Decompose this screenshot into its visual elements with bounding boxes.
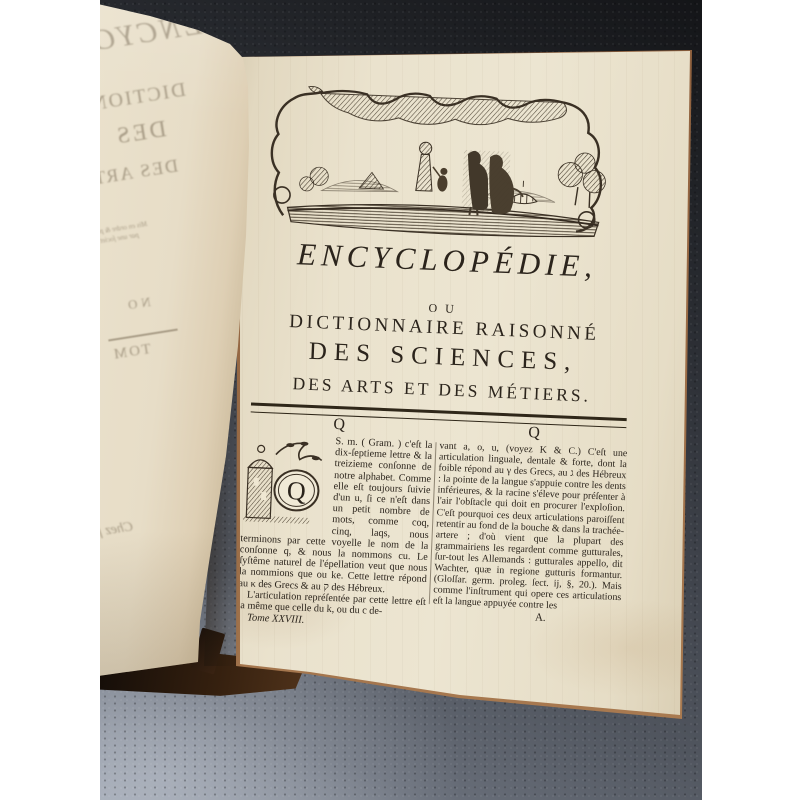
right-column-paragraph-1: vant a, o, u, (voyez K & C.) C'eſt une a… — [433, 440, 628, 611]
headpiece-engraving — [264, 81, 626, 248]
dropcap-woodcut: Q — [241, 433, 331, 527]
showthrough-des: DES — [112, 116, 168, 150]
showthrough-small-line-1: Mis en ordre & pu — [100, 220, 148, 236]
showthrough-rule — [108, 329, 177, 342]
showthrough-small-line-2: par une ſociet — [100, 231, 139, 245]
showthrough-chez-inscription: Chez ſ — [100, 519, 134, 540]
showthrough-dictionnaire: DICTION — [100, 79, 187, 117]
showthrough-tome: TOM — [111, 341, 152, 364]
left-column: Q S. m. ( Gram. ) c'eſt la dix-ſeptieme … — [237, 432, 433, 631]
book-photograph: ENCYCLOPÉDIE, OU DICTIONNAIRE RAISONNÉ D… — [100, 0, 702, 800]
showthrough-des-arts: DES ART — [100, 155, 180, 189]
dropcap-letter: Q — [286, 476, 306, 506]
right-column: vant a, o, u, (voyez K & C.) C'eſt une a… — [432, 440, 627, 627]
title-page: ENCYCLOPÉDIE, OU DICTIONNAIRE RAISONNÉ D… — [210, 48, 692, 718]
photo-canvas: ENCYCLOPÉDIE, OU DICTIONNAIRE RAISONNÉ D… — [0, 0, 800, 800]
catchword: A. — [432, 609, 620, 628]
showthrough-encyclopedie: ENCYC — [100, 8, 204, 59]
showthrough-no: NO — [123, 294, 152, 314]
title-page-content: ENCYCLOPÉDIE, OU DICTIONNAIRE RAISONNÉ D… — [198, 47, 702, 737]
